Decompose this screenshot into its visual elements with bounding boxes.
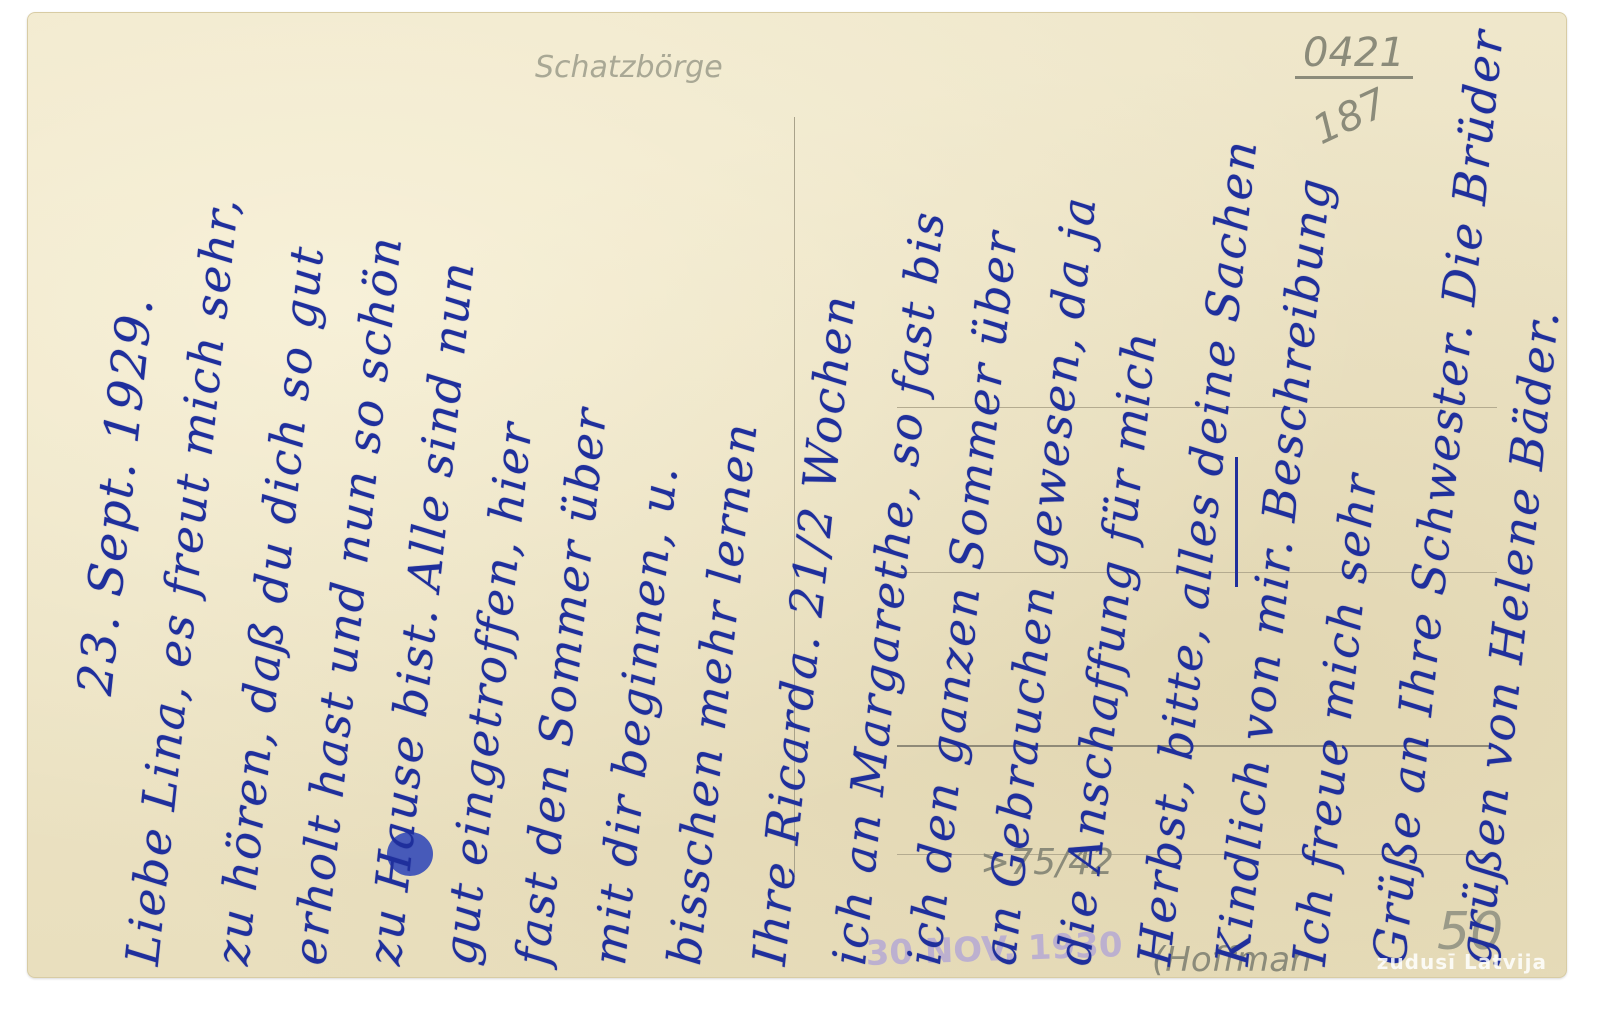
inventory-number: 0421 bbox=[1295, 30, 1413, 79]
archive-watermark: zudusī Latvija bbox=[1377, 950, 1547, 974]
postcard: 0421 187 Schatzbörge >75/42 50 (Hoffman … bbox=[27, 12, 1567, 978]
underline-mark bbox=[1235, 457, 1238, 587]
sub-number: 187 bbox=[1306, 80, 1395, 154]
name-note: Schatzbörge bbox=[535, 50, 723, 85]
